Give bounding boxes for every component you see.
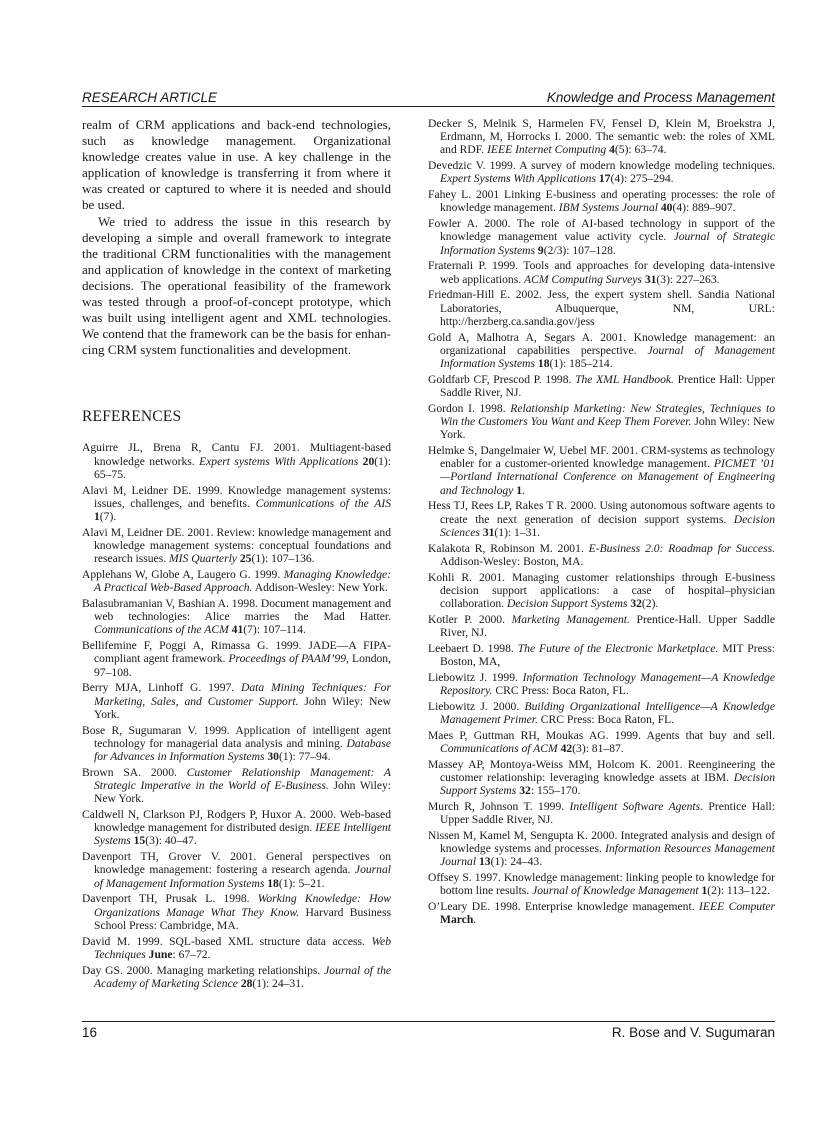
reference-text: Goldfarb CF, Prescod P. 1998. [428, 373, 575, 386]
footer-rule [82, 1021, 775, 1022]
reference-text: (4): 889–907. [672, 201, 735, 214]
reference-text: Davenport TH, Grover V. 2001. General pe… [82, 850, 391, 876]
reference-text: Kotler P. 2000. [428, 613, 512, 626]
reference-entry: Murch R, Johnson T. 1999. Intelligent So… [428, 800, 775, 826]
reference-volume: 15 [134, 834, 146, 847]
body-paragraph: realm of CRM applications and back-end t… [82, 117, 391, 214]
reference-source-title: The XML Handbook. [575, 373, 674, 386]
reference-volume: 40 [661, 201, 673, 214]
reference-text: (2/3): 107–128. [544, 244, 616, 257]
reference-text: Liebowitz J. 2000. [428, 700, 525, 713]
reference-entry: Leebaert D. 1998. The Future of the Elec… [428, 642, 775, 668]
reference-text: Bose R, Sugumaran V. 1999. Application o… [82, 724, 391, 750]
reference-entry: David M. 1999. SQL-based XML structure d… [82, 935, 391, 961]
reference-volume: 31 [483, 526, 495, 539]
reference-text: Day GS. 2000. Managing marketing relatio… [82, 964, 324, 977]
running-header: RESEARCH ARTICLE Knowledge and Process M… [82, 85, 775, 105]
reference-text: Gordon I. 1998. [428, 402, 510, 415]
reference-entry: Bellifemine F, Poggi A, Rimassa G. 1999.… [82, 639, 391, 679]
reference-source-title: The Future of the Electronic Marketplace… [518, 642, 719, 655]
references-heading: REFERENCES [82, 408, 391, 426]
reference-entry: Alavi M, Leidner DE. 1999. Knowledge man… [82, 484, 391, 524]
right-column: Decker S, Melnik S, Harmelen FV, Fensel … [428, 117, 775, 929]
reference-text: : 155–170. [531, 784, 581, 797]
reference-source-title: MIS Quarterly [169, 552, 237, 565]
reference-entry: Applehans W, Globe A, Laugero G. 1999. M… [82, 568, 391, 594]
reference-text: (1): 1–31. [494, 526, 540, 539]
reference-text: Massey AP, Montoya-Weiss MM, Holcom K. 2… [428, 758, 775, 784]
reference-text: (1): 107–136. [251, 552, 314, 565]
reference-entry: Devedzic V. 1999. A survey of modern kno… [428, 159, 775, 185]
article-type-label: RESEARCH ARTICLE [82, 90, 217, 105]
reference-text: (7). [100, 510, 116, 523]
reference-text: CRC Press: Boca Raton, FL. [493, 684, 629, 697]
page-number: 16 [82, 1025, 97, 1040]
reference-list-left: Aguirre JL, Brena R, Cantu FJ. 2001. Mul… [82, 441, 391, 990]
reference-entry: Bose R, Sugumaran V. 1999. Application o… [82, 724, 391, 764]
reference-text: Liebowitz J. 1999. [428, 671, 523, 684]
reference-entry: Berry MJA, Linhoff G. 1997. Data Mining … [82, 681, 391, 721]
reference-volume: 32 [630, 597, 642, 610]
reference-source-title: Proceedings of PAAM’99, [228, 652, 348, 665]
reference-entry: Kohli R. 2001. Managing customer relatio… [428, 571, 775, 611]
reference-entry: O’Leary DE. 1998. Enterprise knowledge m… [428, 900, 775, 926]
reference-entry: Massey AP, Montoya-Weiss MM, Holcom K. 2… [428, 758, 775, 798]
reference-volume: 28 [241, 977, 253, 990]
reference-text: David M. 1999. SQL-based XML structure d… [82, 935, 371, 948]
reference-volume: 18 [538, 357, 550, 370]
reference-text: Friedman-Hill E. 2002. Jess, the expert … [428, 288, 775, 327]
reference-volume: 32 [519, 784, 531, 797]
reference-volume: 30 [267, 750, 279, 763]
running-footer: 16 R. Bose and V. Sugumaran [82, 1025, 775, 1040]
journal-page: RESEARCH ARTICLE Knowledge and Process M… [82, 0, 775, 1123]
reference-entry: Brown SA. 2000. Customer Relationship Ma… [82, 766, 391, 806]
header-rule [82, 106, 775, 107]
reference-entry: Kotler P. 2000. Marketing Management. Pr… [428, 613, 775, 639]
reference-text: (3): 81–87. [572, 742, 624, 755]
reference-volume: 31 [645, 273, 657, 286]
reference-entry: Nissen M, Kamel M, Sengupta K. 2000. Int… [428, 829, 775, 869]
reference-text: (1): 24–31. [252, 977, 304, 990]
reference-text: Leebaert D. 1998. [428, 642, 518, 655]
reference-list-right: Decker S, Melnik S, Harmelen FV, Fensel … [428, 117, 775, 927]
reference-text: Addison-Wesley: Boston, MA. [440, 555, 583, 568]
reference-text: Applehans W, Globe A, Laugero G. 1999. [82, 568, 284, 581]
reference-entry: Goldfarb CF, Prescod P. 1998. The XML Ha… [428, 373, 775, 399]
reference-text: . [522, 484, 525, 497]
reference-text: (2). [642, 597, 658, 610]
reference-text: Berry MJA, Linhoff G. 1997. [82, 681, 241, 694]
reference-text: (7): 107–114. [243, 623, 306, 636]
reference-text: Murch R, Johnson T. 1999. [428, 800, 570, 813]
reference-entry: Davenport TH, Prusak L. 1998. Working Kn… [82, 892, 391, 932]
reference-volume: 25 [240, 552, 252, 565]
reference-volume: 42 [561, 742, 573, 755]
reference-text: (1): 77–94. [279, 750, 331, 763]
reference-entry: Kalakota R, Robinson M. 2001. E-Business… [428, 542, 775, 568]
reference-text: : 67–72. [173, 948, 211, 961]
reference-entry: Gold A, Malhotra A, Segars A. 2001. Know… [428, 331, 775, 371]
reference-text: Devedzic V. 1999. A survey of modern kno… [428, 159, 775, 172]
reference-text: O’Leary DE. 1998. Enterprise knowledge m… [428, 900, 699, 913]
reference-text: (1): 5–21. [279, 877, 325, 890]
reference-source-title: Marketing Management. [512, 613, 630, 626]
reference-volume: 41 [232, 623, 244, 636]
reference-entry: Helmke S, Dangelmaier W, Uebel MF. 2001.… [428, 444, 775, 497]
reference-text: Kalakota R, Robinson M. 2001. [428, 542, 589, 555]
reference-entry: Gordon I. 1998. Relationship Marketing: … [428, 402, 775, 442]
reference-entry: Maes P, Guttman RH, Moukas AG. 1999. Age… [428, 729, 775, 755]
reference-volume: 17 [599, 172, 611, 185]
reference-entry: Liebowitz J. 1999. Information Technolog… [428, 671, 775, 697]
reference-text: (1): 24–43. [491, 855, 543, 868]
reference-entry: Aguirre JL, Brena R, Cantu FJ. 2001. Mul… [82, 441, 391, 481]
reference-entry: Friedman-Hill E. 2002. Jess, the expert … [428, 288, 775, 328]
reference-source-title: Decision Support Systems [507, 597, 627, 610]
journal-title: Knowledge and Process Management [547, 90, 775, 105]
reference-text: (4): 275–294. [610, 172, 673, 185]
reference-entry: Balasubramanian V, Bashian A. 1998. Docu… [82, 597, 391, 637]
reference-text: Maes P, Guttman RH, Moukas AG. 1999. Age… [428, 729, 775, 742]
reference-entry: Caldwell N, Clarkson PJ, Rodgers P, Huxo… [82, 808, 391, 848]
reference-entry: Offsey S. 1997. Knowledge management: li… [428, 871, 775, 897]
reference-entry: Fowler A. 2000. The role of AI-based tec… [428, 217, 775, 257]
reference-source-title: Journal of Knowl­edge Management [532, 884, 698, 897]
reference-entry: Day GS. 2000. Managing marketing relatio… [82, 964, 391, 990]
reference-text: (3): 40–47. [145, 834, 197, 847]
reference-text: Balasubramanian V, Bashian A. 1998. Docu… [82, 597, 391, 623]
reference-volume: 20 [363, 455, 375, 468]
reference-source-title: Expert Systems With Applications [440, 172, 596, 185]
reference-text: CRC Press: Boca Raton, FL. [538, 713, 674, 726]
reference-source-title: Communications of the AIS [256, 497, 391, 510]
reference-entry: Decker S, Melnik S, Harmelen FV, Fensel … [428, 117, 775, 157]
reference-source-title: Intelligent Software Agents. [570, 800, 703, 813]
reference-source-title: ACM Computing Sur­veys [524, 273, 642, 286]
reference-entry: Liebowitz J. 2000. Building Organization… [428, 700, 775, 726]
reference-text: (2): 113–122. [707, 884, 770, 897]
reference-text: (1): 185–214. [550, 357, 613, 370]
reference-entry: Hess TJ, Rees LP, Rakes T R. 2000. Using… [428, 499, 775, 539]
reference-entry: Davenport TH, Grover V. 2001. General pe… [82, 850, 391, 890]
reference-text: Davenport TH, Prusak L. 1998. [82, 892, 258, 905]
reference-text: (3): 227–263. [656, 273, 719, 286]
reference-volume: 18 [267, 877, 279, 890]
body-paragraph: We tried to address the issue in this re… [82, 214, 391, 359]
reference-source-title: Expert systems With Applications [199, 455, 358, 468]
reference-text: . [473, 913, 476, 926]
footer-authors: R. Bose and V. Sugumaran [612, 1025, 775, 1040]
reference-source-title: IBM Sys­tems Journal [559, 201, 658, 214]
reference-text: (5): 63–74. [615, 143, 667, 156]
reference-volume: March [440, 913, 473, 926]
reference-text: Addison-Wesley: New York. [252, 581, 387, 594]
reference-entry: Alavi M, Leidner DE. 2001. Review: knowl… [82, 526, 391, 566]
reference-volume: 13 [479, 855, 491, 868]
reference-text: Hess TJ, Rees LP, Rakes T R. 2000. Using… [428, 499, 775, 525]
reference-source-title: Communications of ACM [440, 742, 558, 755]
reference-source-title: IEEE Computer [699, 900, 775, 913]
reference-source-title: IEEE Internet Com­puting [487, 143, 606, 156]
reference-entry: Fahey L. 2001 Linking E-business and ope… [428, 188, 775, 214]
reference-source-title: Communications of the ACM [94, 623, 229, 636]
left-column: realm of CRM applications and back-end t… [82, 117, 391, 993]
reference-entry: Fraternali P. 1999. Tools and approaches… [428, 259, 775, 285]
reference-volume: June [149, 948, 173, 961]
reference-source-title: E-Business 2.0: Roadmap for Success. [589, 542, 775, 555]
reference-text: Brown SA. 2000. [82, 766, 187, 779]
